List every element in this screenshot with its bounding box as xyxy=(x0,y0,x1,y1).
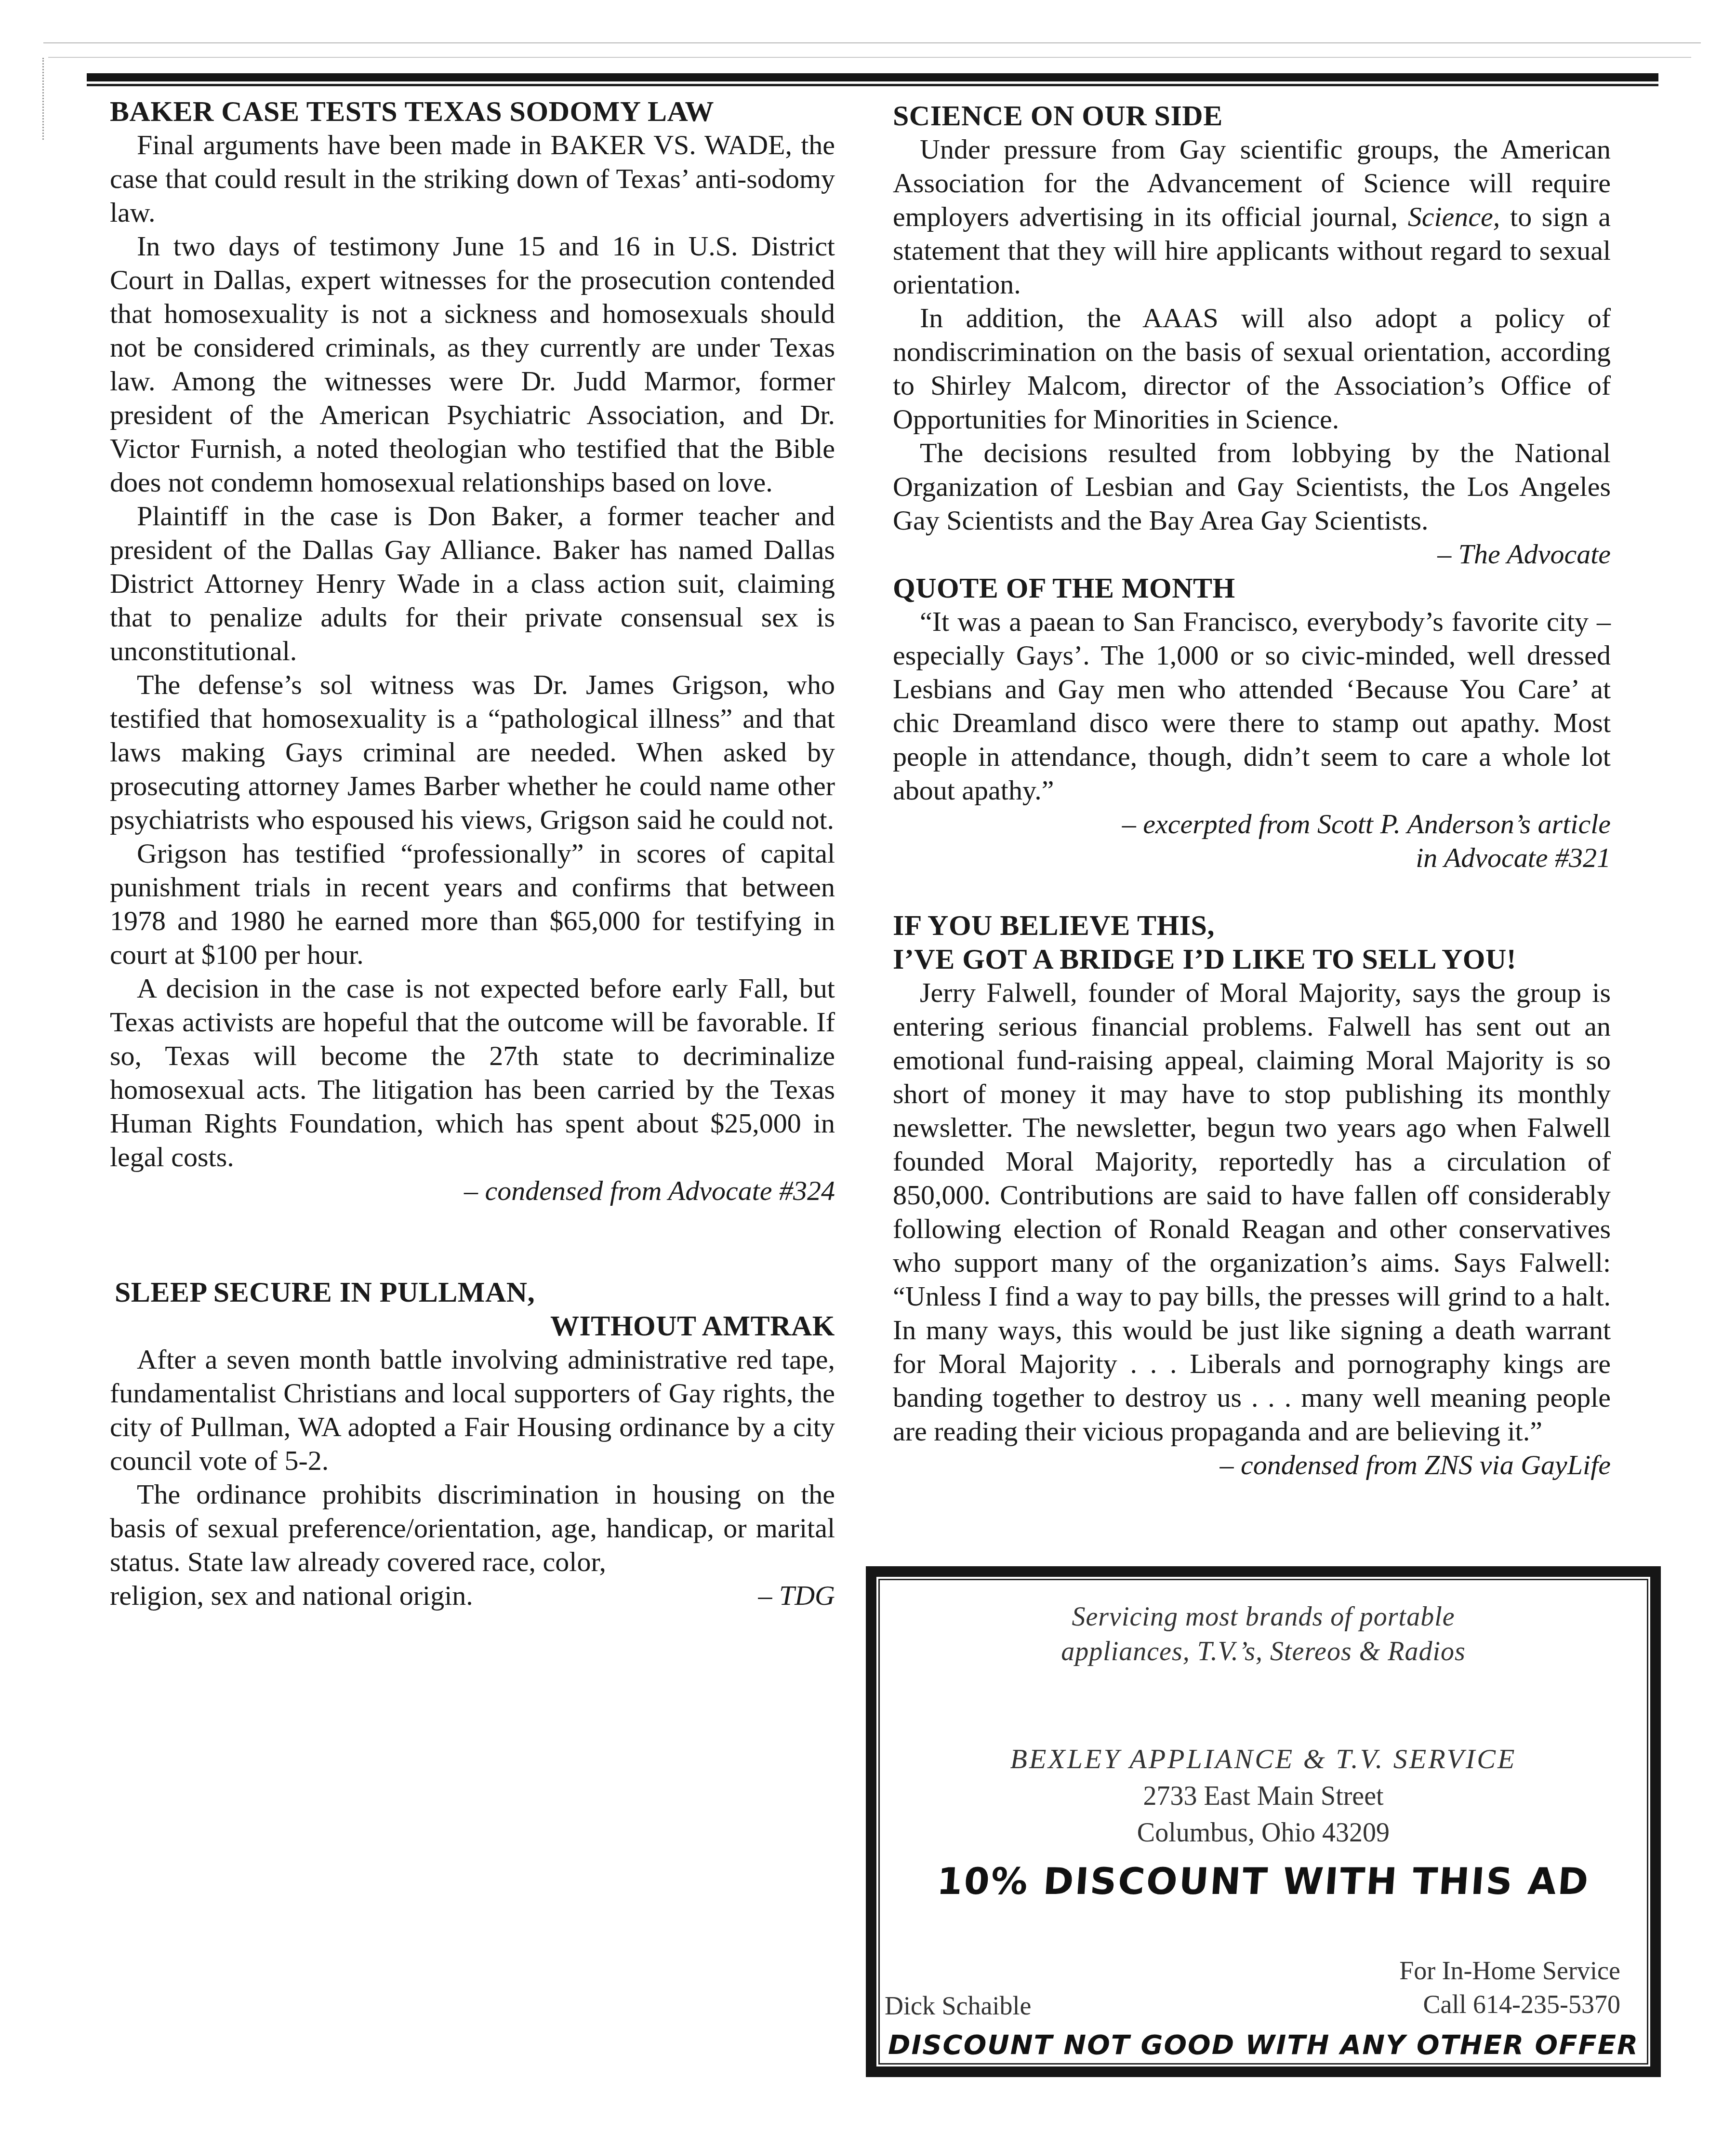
ad-inner-border: Servicing most brands of portable applia… xyxy=(878,1579,1648,2065)
ad-company-name: BEXLEY APPLIANCE & T.V. SERVICE xyxy=(880,1742,1647,1776)
article-falwell: IF YOU BELIEVE THIS, I’VE GOT A BRIDGE I… xyxy=(893,908,1611,1482)
paragraph: Jerry Falwell, founder of Moral Majority… xyxy=(893,976,1611,1448)
headline-line-2: I’VE GOT A BRIDGE I’D LIKE TO SELL YOU! xyxy=(893,942,1611,976)
paragraph: Plaintiff in the case is Don Baker, a fo… xyxy=(110,499,835,668)
paragraph-end: religion, sex and national origin. xyxy=(110,1579,473,1613)
source-credit: – The Advocate xyxy=(893,537,1611,571)
source-credit: – condensed from ZNS via GayLife xyxy=(893,1448,1611,1482)
source-credit: – TDG xyxy=(758,1579,835,1613)
advertisement-box: Servicing most brands of portable applia… xyxy=(866,1566,1661,2077)
headline-line-2: WITHOUT AMTRAK xyxy=(110,1309,835,1343)
headline: BAKER CASE TESTS TEXAS SODOMY LAW xyxy=(110,94,835,128)
headline: QUOTE OF THE MONTH xyxy=(893,571,1611,605)
paragraph: In two days of testimony June 15 and 16 … xyxy=(110,229,835,499)
closing-line: religion, sex and national origin. – TDG xyxy=(110,1579,835,1613)
paragraph: In addition, the AAAS will also adopt a … xyxy=(893,301,1611,436)
scan-edge-line xyxy=(43,42,1701,43)
right-column: SCIENCE ON OUR SIDE Under pressure from … xyxy=(893,99,1611,1482)
ad-tagline: Servicing most brands of portable applia… xyxy=(880,1600,1647,1669)
article-quote-of-month: QUOTE OF THE MONTH “It was a paean to Sa… xyxy=(893,571,1611,875)
headline-line-1: SLEEP SECURE IN PULLMAN, xyxy=(110,1275,835,1309)
scan-edge-line xyxy=(48,57,1691,58)
paragraph: Under pressure from Gay scientific group… xyxy=(893,133,1611,301)
headline: SCIENCE ON OUR SIDE xyxy=(893,99,1611,133)
newsletter-page: BAKER CASE TESTS TEXAS SODOMY LAW Final … xyxy=(0,0,1736,2146)
paragraph: Grigson has testified “professionally” i… xyxy=(110,837,835,972)
ad-discount-offer: 10% DISCOUNT WITH THIS AD xyxy=(878,1860,1648,1903)
masthead-rule-thick xyxy=(87,73,1658,81)
source-credit: – condensed from Advocate #324 xyxy=(110,1174,835,1208)
ad-contact-name: Dick Schaible xyxy=(885,1989,1031,2023)
paragraph: “It was a paean to San Francisco, everyb… xyxy=(893,605,1611,807)
paragraph: After a seven month battle involving adm… xyxy=(110,1343,835,1478)
ad-phone: Call 614-235-5370 xyxy=(1423,1987,1620,2021)
article-pullman: SLEEP SECURE IN PULLMAN, WITHOUT AMTRAK … xyxy=(110,1275,835,1613)
ad-address: 2733 East Main Street Columbus, Ohio 432… xyxy=(880,1778,1647,1851)
article-science: SCIENCE ON OUR SIDE Under pressure from … xyxy=(893,99,1611,571)
left-column: BAKER CASE TESTS TEXAS SODOMY LAW Final … xyxy=(110,94,835,1613)
paragraph: The ordinance prohibits discrimination i… xyxy=(110,1478,835,1579)
spacer xyxy=(893,875,1611,908)
ad-tagline-line-2: appliances, T.V.’s, Stereos & Radios xyxy=(880,1634,1647,1669)
masthead-rule-thin xyxy=(87,84,1658,86)
ad-tagline-line-1: Servicing most brands of portable xyxy=(880,1600,1647,1634)
headline-line-1: IF YOU BELIEVE THIS, xyxy=(893,908,1611,942)
ad-in-home-service: For In-Home Service xyxy=(1399,1954,1620,1987)
spacer xyxy=(110,1208,835,1275)
journal-title: Science, xyxy=(1408,201,1500,232)
paragraph: Final arguments have been made in BAKER … xyxy=(110,128,835,229)
paragraph: The defense’s sol witness was Dr. James … xyxy=(110,668,835,837)
scan-edge-mark xyxy=(42,58,46,140)
ad-disclaimer: DISCOUNT NOT GOOD WITH ANY OTHER OFFER xyxy=(880,2026,1647,2065)
ad-street: 2733 East Main Street xyxy=(880,1778,1647,1814)
ad-city: Columbus, Ohio 43209 xyxy=(880,1814,1647,1851)
source-credit-line-1: – excerpted from Scott P. Anderson’s art… xyxy=(893,807,1611,841)
article-baker-case: BAKER CASE TESTS TEXAS SODOMY LAW Final … xyxy=(110,94,835,1208)
paragraph: A decision in the case is not expected b… xyxy=(110,972,835,1174)
paragraph: The decisions resulted from lobbying by … xyxy=(893,436,1611,537)
source-credit-line-2: in Advocate #321 xyxy=(893,841,1611,875)
